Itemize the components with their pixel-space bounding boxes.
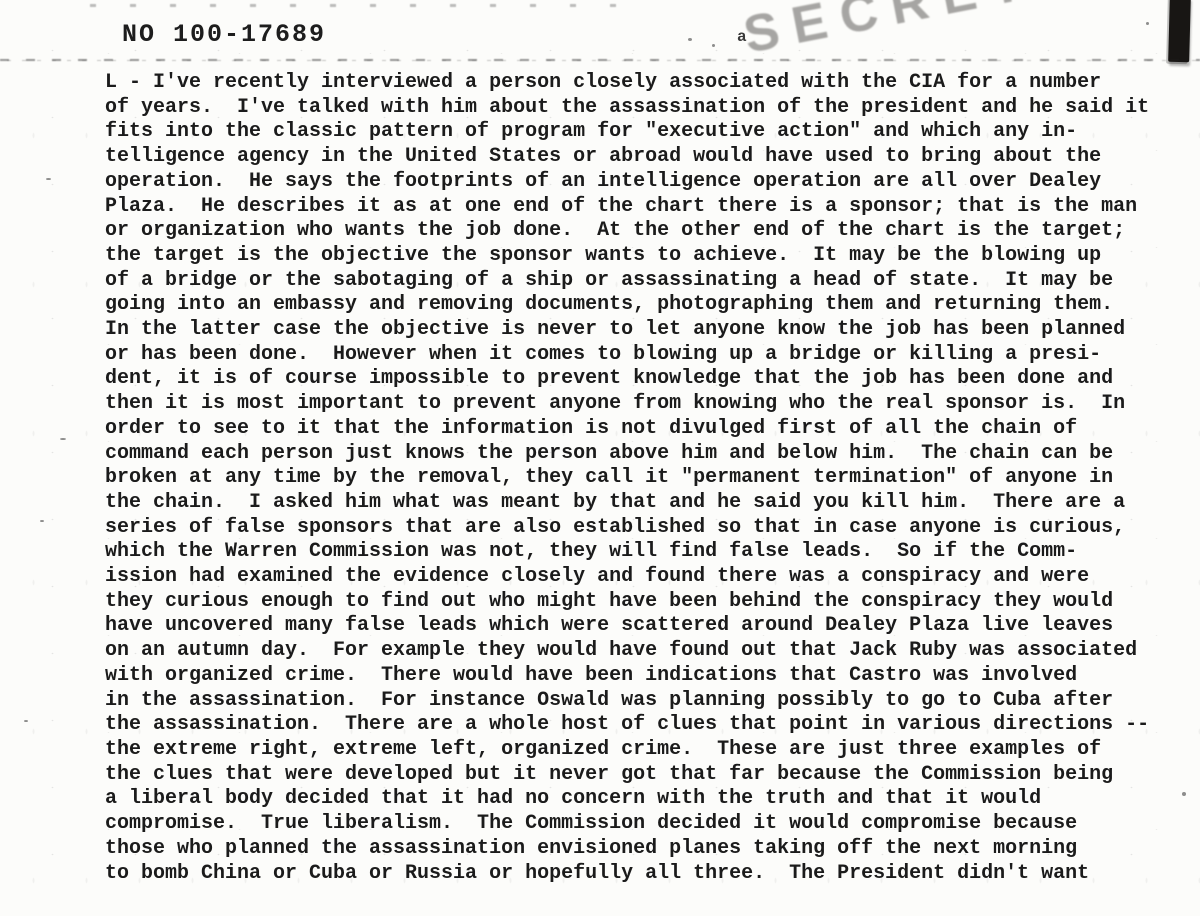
text-line: compromise. True liberalism. The Commiss… (105, 812, 1185, 837)
text-line: the clues that were developed but it nev… (105, 763, 1185, 788)
text-line: on an autumn day. For example they would… (105, 639, 1185, 664)
text-line: going into an embassy and removing docum… (105, 293, 1185, 318)
text-line: or has been done. However when it comes … (105, 343, 1185, 368)
text-line: In the latter case the objective is neve… (105, 318, 1185, 343)
text-line: the chain. I asked him what was meant by… (105, 491, 1185, 516)
scan-speck (46, 178, 51, 180)
text-line: which the Warren Commission was not, the… (105, 540, 1185, 565)
scan-speck (1146, 22, 1149, 25)
text-line: they curious enough to find out who migh… (105, 590, 1185, 615)
text-line: series of false sponsors that are also e… (105, 516, 1185, 541)
text-line: the assassination. There are a whole hos… (105, 713, 1185, 738)
text-line: the target is the objective the sponsor … (105, 244, 1185, 269)
scan-speck (40, 520, 44, 522)
text-line: have uncovered many false leads which we… (105, 614, 1185, 639)
text-line: then it is most important to prevent any… (105, 392, 1185, 417)
document-number: NO 100-17689 (122, 20, 326, 49)
text-line: telligence agency in the United States o… (105, 145, 1185, 170)
scan-speck (24, 720, 28, 722)
binding-mark (1168, 0, 1191, 62)
text-line: dent, it is of course impossible to prev… (105, 367, 1185, 392)
text-line: fits into the classic pattern of program… (105, 120, 1185, 145)
text-line: in the assassination. For instance Oswal… (105, 689, 1185, 714)
scan-artifact-top (90, 4, 650, 7)
text-line: the extreme right, extreme left, organiz… (105, 738, 1185, 763)
text-line: of a bridge or the sabotaging of a ship … (105, 269, 1185, 294)
document-body: L - I've recently interviewed a person c… (105, 71, 1185, 886)
text-line: Plaza. He describes it as at one end of … (105, 195, 1185, 220)
text-line: of years. I've talked with him about the… (105, 96, 1185, 121)
text-line: those who planned the assassination envi… (105, 837, 1185, 862)
text-line: to bomb China or Cuba or Russia or hopef… (105, 862, 1185, 887)
text-line: ission had examined the evidence closely… (105, 565, 1185, 590)
document-page: { "page": { "doc_number": "NO 100-17689"… (0, 0, 1200, 916)
scan-speck (60, 438, 66, 440)
scan-speck (1182, 792, 1186, 796)
text-line: operation. He says the footprints of an … (105, 170, 1185, 195)
text-line: broken at any time by the removal, they … (105, 466, 1185, 491)
scan-speck (688, 38, 692, 41)
text-line: or organization who wants the job done. … (105, 219, 1185, 244)
scan-speck (712, 44, 715, 47)
secret-stamp: SECRET (739, 0, 1040, 66)
text-line: a liberal body decided that it had no co… (105, 787, 1185, 812)
text-line: with organized crime. There would have b… (105, 664, 1185, 689)
text-line: L - I've recently interviewed a person c… (105, 71, 1185, 96)
text-line: order to see to it that the information … (105, 417, 1185, 442)
stray-mark: a (737, 28, 747, 46)
text-line: command each person just knows the perso… (105, 442, 1185, 467)
scan-artifact-line (0, 58, 1200, 62)
